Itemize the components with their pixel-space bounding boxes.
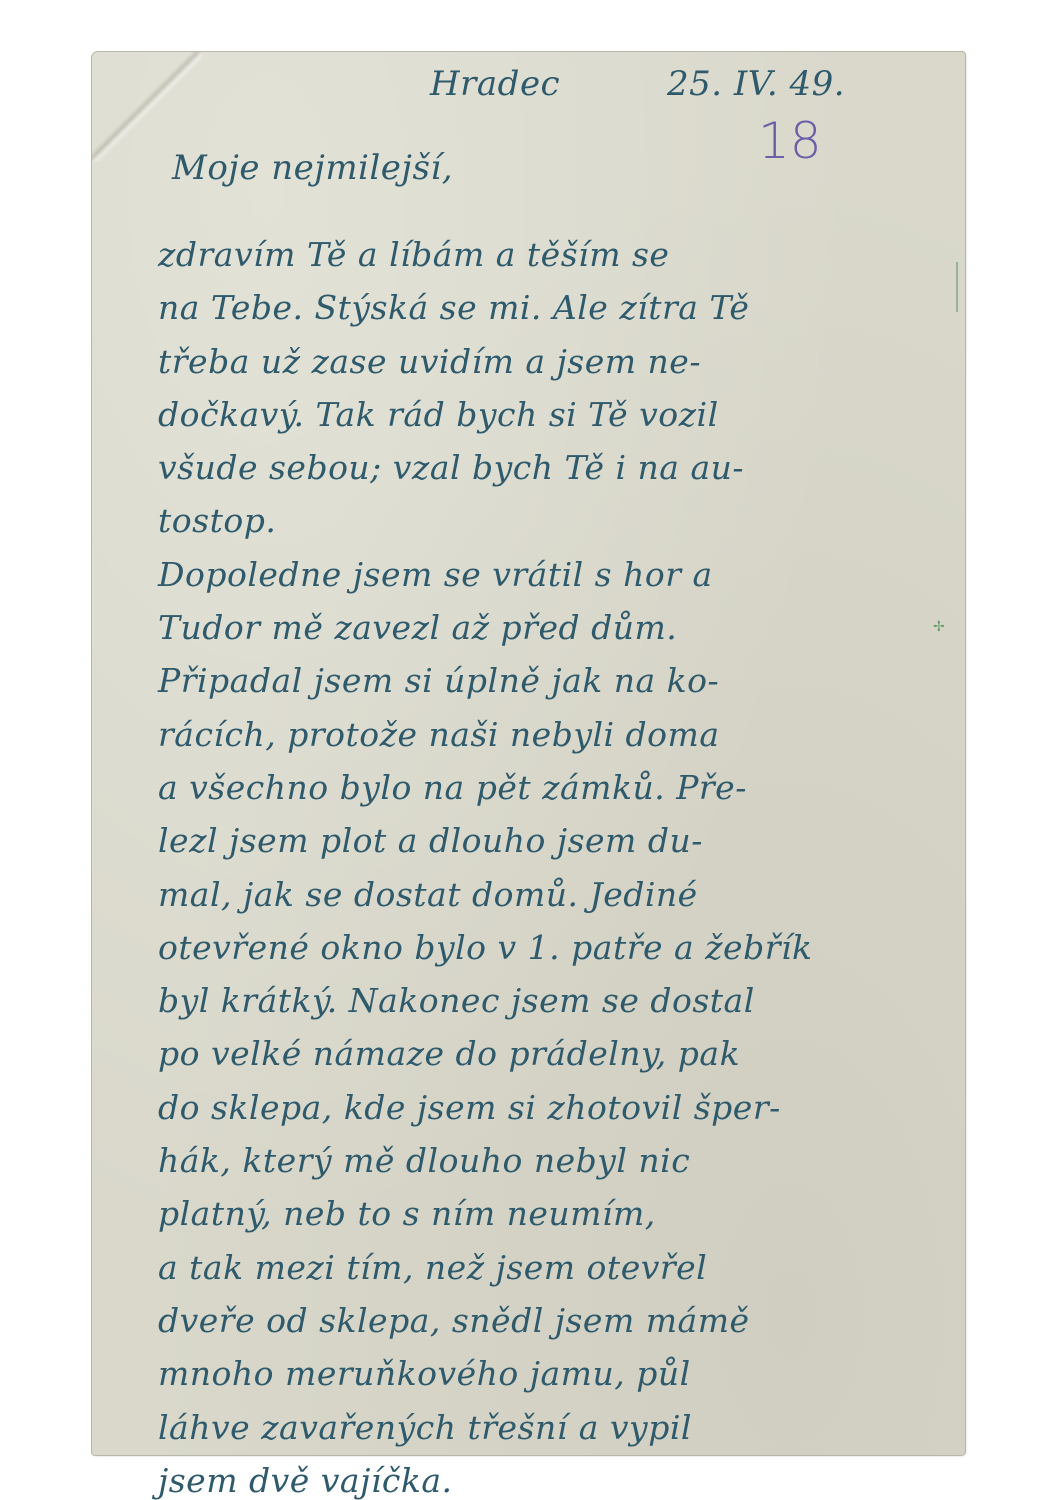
letter-line: jsem dvě vajíčka. [158, 1454, 958, 1500]
letter-place: Hradec [430, 64, 560, 104]
letter-line: hák, který mě dlouho nebyl nic [158, 1134, 958, 1187]
letter-line: tostop. [158, 494, 958, 547]
salutation: Moje nejmilejší, [172, 148, 453, 188]
corner-crease [92, 52, 202, 162]
letter-line: Tudor mě zavezl až před dům. [158, 601, 958, 654]
archive-number: 18 [758, 112, 822, 170]
letter-line: dočkavý. Tak rád bych si Tě vozil [158, 388, 958, 441]
letter-line: a všechno bylo na pět zámků. Pře- [158, 761, 958, 814]
letter-line: Dopoledne jsem se vrátil s hor a [158, 548, 958, 601]
letter-line: třeba už zase uvidím a jsem ne- [158, 335, 958, 388]
letter-line: a tak mezi tím, než jsem otevřel [158, 1241, 958, 1294]
letter-line: Připadal jsem si úplně jak na ko- [158, 654, 958, 707]
letter-line: láhve zavařených třešní a vypil [158, 1401, 958, 1454]
letter-line: všude sebou; vzal bych Tě i na au- [158, 441, 958, 494]
letter-body: zdravím Tě a líbám a těším se na Tebe. S… [158, 228, 958, 1500]
letter-line: rácích, protože naši nebyli doma [158, 708, 958, 761]
letter-line: dveře od sklepa, snědl jsem mámě [158, 1294, 958, 1347]
letter-line: otevřené okno bylo v 1. patře a žebřík [158, 921, 958, 974]
letter-line: lezl jsem plot a dlouho jsem du- [158, 814, 958, 867]
letter-date: 25. IV. 49. [667, 64, 845, 104]
letter-line: mnoho meruňkového jamu, půl [158, 1347, 958, 1400]
letter-line: mal, jak se dostat domů. Jediné [158, 868, 958, 921]
letter-line: byl krátký. Nakonec jsem se dostal [158, 974, 958, 1027]
letter-line: na Tebe. Stýská se mi. Ale zítra Tě [158, 281, 958, 334]
letter-line: zdravím Tě a líbám a těším se [158, 228, 958, 281]
letter-line: po velké námaze do prádelny, pak [158, 1027, 958, 1080]
letter-line: do sklepa, kde jsem si zhotovil šper- [158, 1081, 958, 1134]
letter-line: platný, neb to s ním neumím, [158, 1187, 958, 1240]
